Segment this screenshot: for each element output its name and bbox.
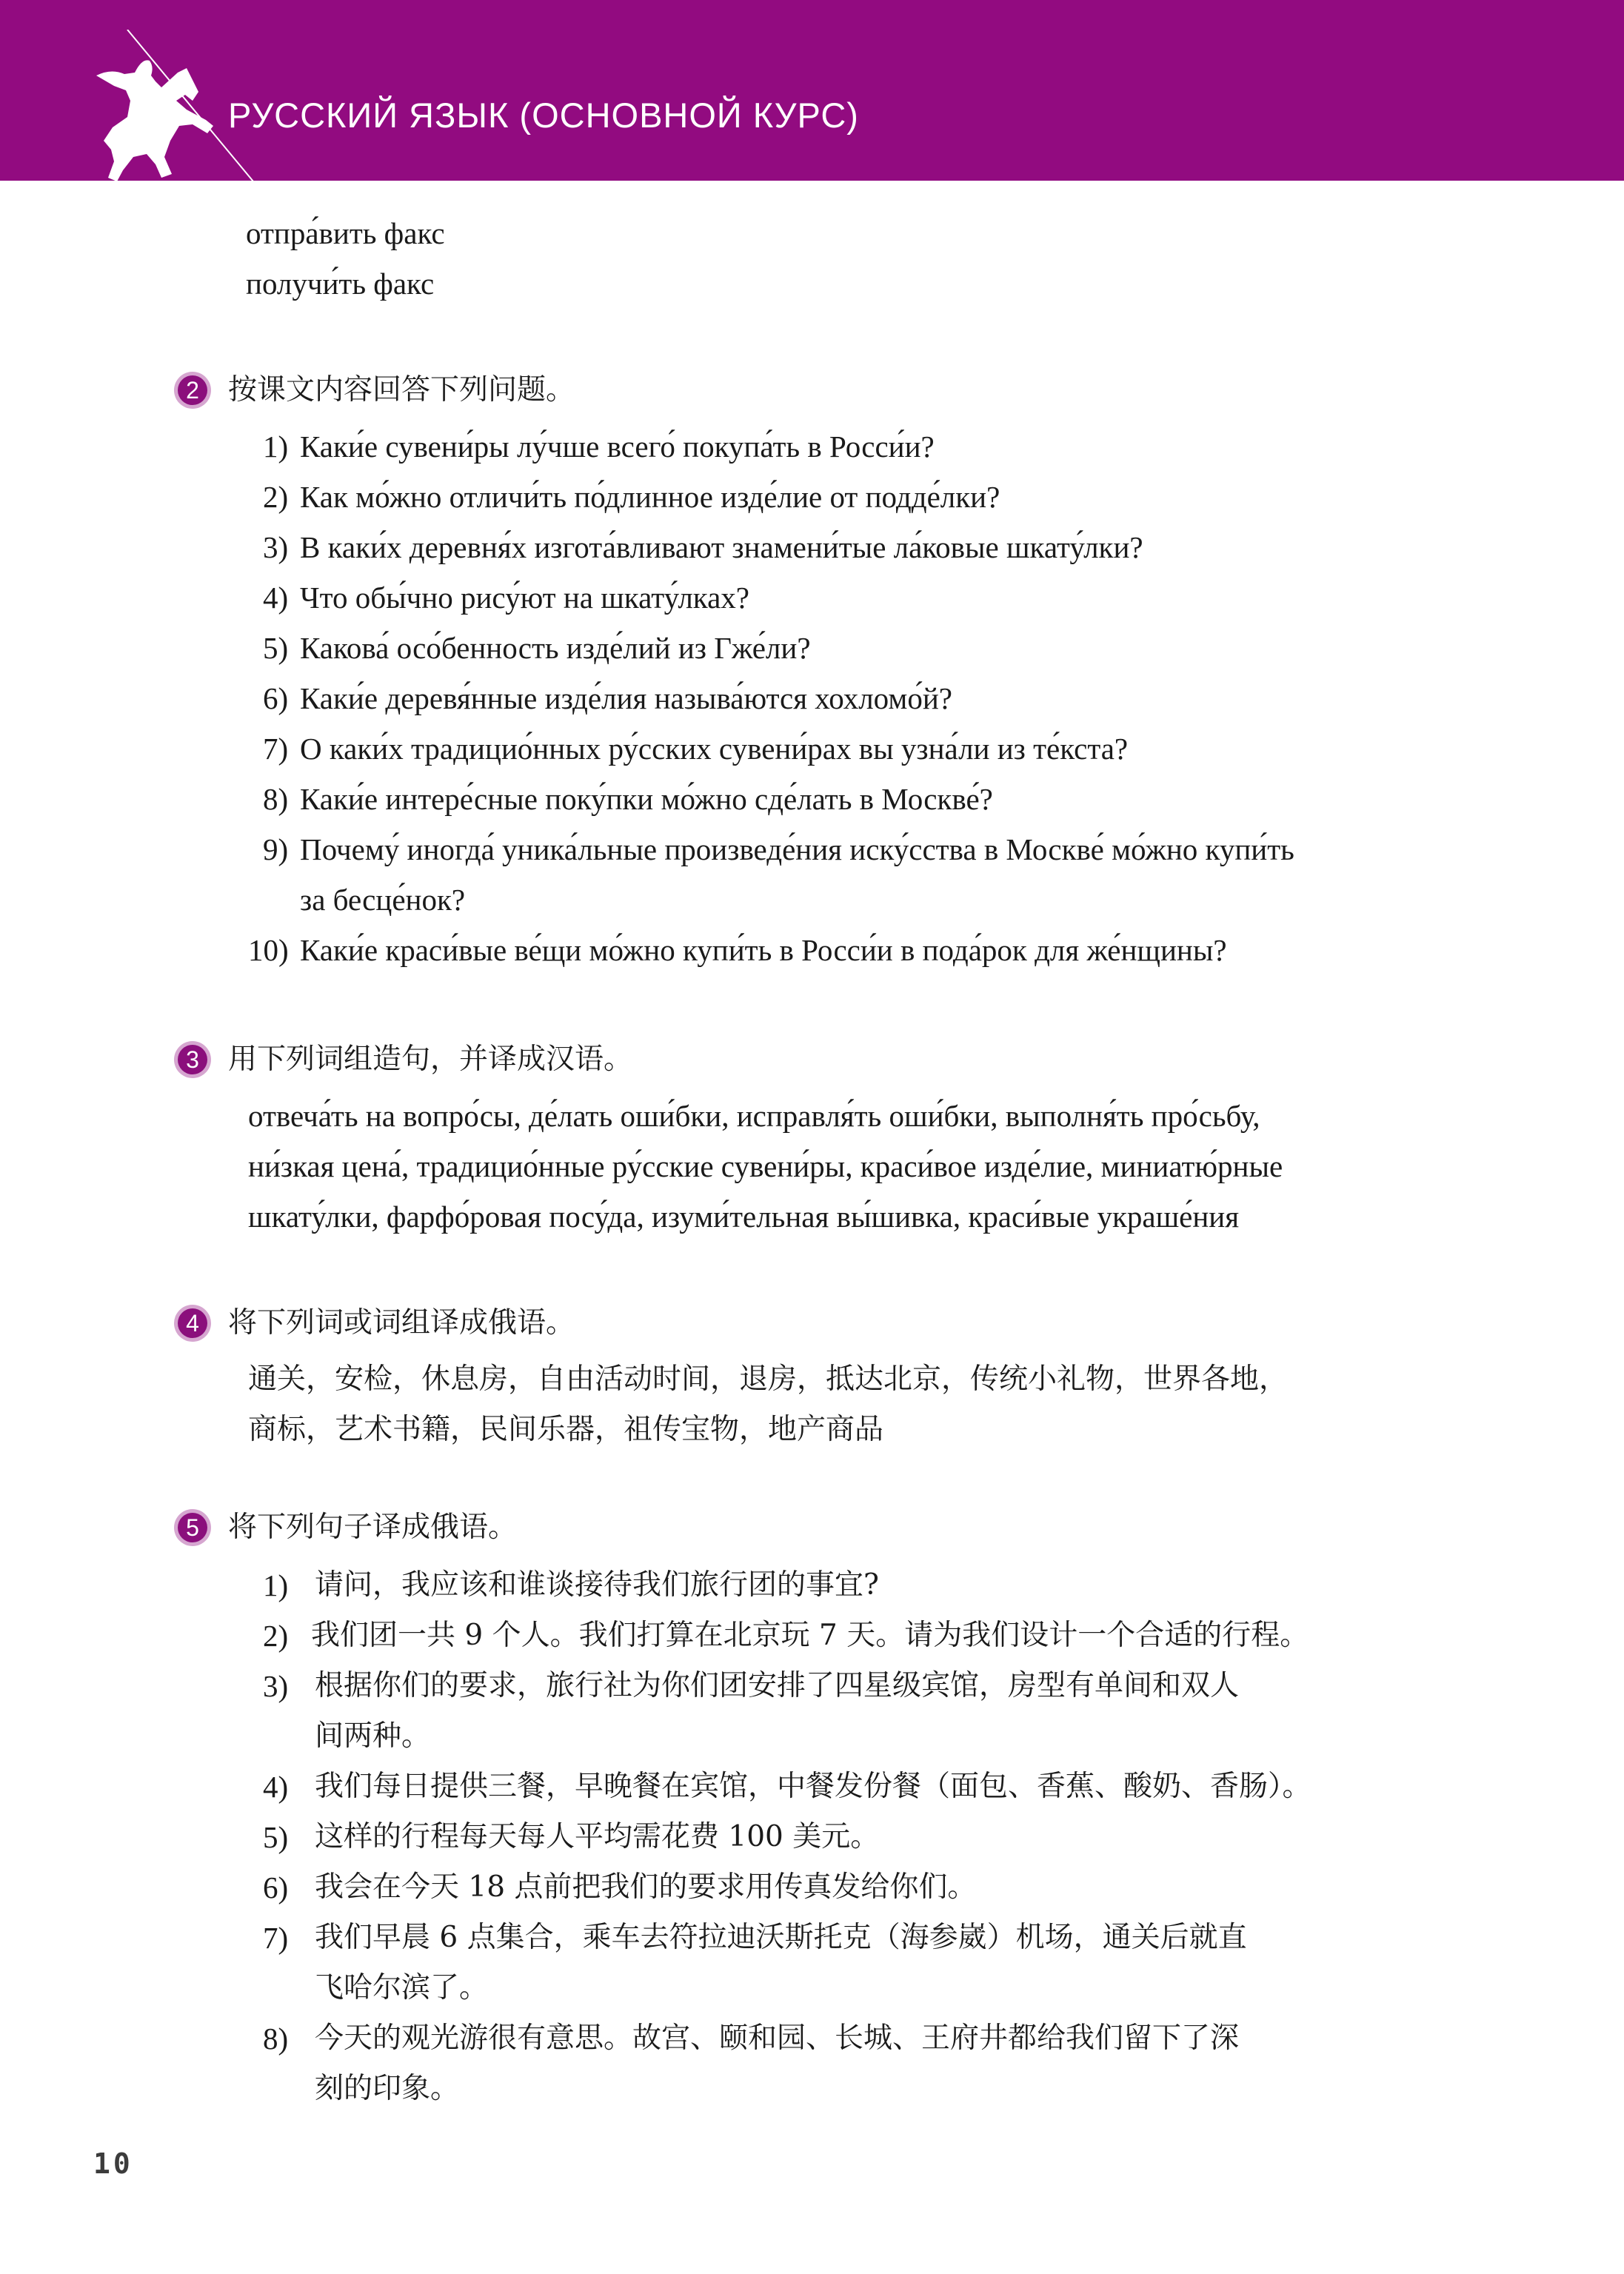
question-text: Каки́е краси́вые ве́щи мо́жно купи́ть в … <box>300 932 1227 969</box>
sentence-number: 3) <box>263 1668 288 1705</box>
exercise-number-badge: 2 <box>174 372 211 409</box>
sentence-text: 我们早晨 6 点集合，乘车去符拉迪沃斯托克（海参崴）机场，通关后就直 <box>315 1919 1247 1956</box>
sentence-text-continuation: 刻的印象。 <box>315 2070 459 2107</box>
question-number: 3) <box>263 529 288 566</box>
question-text: Что обы́чно рису́ют на шкату́лках? <box>300 579 749 616</box>
question-number: 1) <box>263 428 288 465</box>
sentence-number: 7) <box>263 1919 288 1956</box>
question-number: 2) <box>263 478 288 515</box>
question-number: 8) <box>263 780 288 817</box>
sentence-number: 1) <box>263 1567 288 1604</box>
exercise-number-badge: 4 <box>174 1305 211 1342</box>
question-text-continuation: за бесце́нок? <box>300 881 465 918</box>
word-list-line: 商标，艺术书籍，民间乐器，祖传宝物，地产商品 <box>248 1411 883 1448</box>
sentence-number: 6) <box>263 1869 288 1906</box>
question-text: О каки́х традицио́нных ру́сских сувени́р… <box>300 730 1128 767</box>
sentence-text: 这样的行程每天每人平均需花费 100 美元。 <box>315 1819 879 1856</box>
question-number: 5) <box>263 629 288 666</box>
exercise-instruction: 用下列词组造句，并译成汉语。 <box>228 1041 632 1078</box>
word-group-line: шкату́лки, фарфо́ровая посу́да, изуми́те… <box>248 1198 1239 1235</box>
book-title: РУССКИЙ ЯЗЫК (ОСНОВНОЙ КУРС) <box>228 95 859 136</box>
word-list-line: 通关，安检，休息房，自由活动时间，退房，抵达北京，传统小礼物，世界各地， <box>248 1361 1288 1398</box>
exercise-number-badge: 3 <box>174 1041 211 1078</box>
sentence-number: 2) <box>263 1617 288 1654</box>
sentence-text: 我会在今天 18 点前把我们的要求用传真发给你们。 <box>315 1869 976 1906</box>
word-group-line: ни́зкая цена́, традицио́нные ру́сские су… <box>248 1148 1283 1185</box>
question-text: Каки́е сувени́ры лу́чше всего́ покупа́ть… <box>300 428 935 465</box>
question-text: Каки́е интере́сные поку́пки мо́жно сде́л… <box>300 780 993 817</box>
phrase: отпра́вить факс <box>246 215 445 252</box>
exercise-instruction: 将下列句子译成俄语。 <box>228 1509 517 1546</box>
question-number: 6) <box>263 680 288 717</box>
exercise-instruction: 按课文内容回答下列问题。 <box>228 372 575 409</box>
sentence-text: 今天的观光游很有意思。故宫、颐和园、长城、王府井都给我们留下了深 <box>315 2020 1239 2057</box>
sentence-number: 8) <box>263 2020 288 2057</box>
question-text: Какова́ осо́бенность изде́лий из Гже́ли? <box>300 629 811 666</box>
question-text: Как мо́жно отличи́ть по́длинное изде́лие… <box>300 478 1000 515</box>
question-number: 7) <box>263 730 288 767</box>
sentence-number: 4) <box>263 1768 288 1805</box>
sentence-text: 根据你们的要求，旅行社为你们团安排了四星级宾馆，房型有单间和双人 <box>315 1668 1239 1705</box>
question-number: 10) <box>248 932 289 969</box>
question-number: 4) <box>263 579 288 616</box>
exercise-number-badge: 5 <box>174 1509 211 1546</box>
header-banner: РУССКИЙ ЯЗЫК (ОСНОВНОЙ КУРС) <box>0 0 1624 181</box>
sentence-number: 5) <box>263 1819 288 1856</box>
sentence-text: 请问，我应该和谁谈接待我们旅行团的事宜? <box>315 1567 879 1604</box>
sentence-text: 我们团一共 9 个人。我们打算在北京玩 7 天。请为我们设计一个合适的行程。 <box>311 1617 1309 1654</box>
sentence-text: 我们每日提供三餐，早晚餐在宾馆，中餐发份餐（面包、香蕉、酸奶、香肠）。 <box>315 1768 1311 1805</box>
question-number: 9) <box>263 831 288 868</box>
exercise-instruction: 将下列词或词组译成俄语。 <box>228 1305 575 1342</box>
sentence-text-continuation: 间两种。 <box>315 1718 430 1755</box>
word-group-line: отвеча́ть на вопро́сы, де́лать оши́бки, … <box>248 1097 1260 1134</box>
question-text: В каки́х деревня́х изгота́вливают знамен… <box>300 529 1143 566</box>
sentence-text-continuation: 飞哈尔滨了。 <box>315 1970 488 2007</box>
question-text: Каки́е деревя́нные изде́лия называ́ются … <box>300 680 952 717</box>
question-text: Почему́ иногда́ уника́льные произведе́ни… <box>300 831 1294 868</box>
page-number: 10 <box>93 2147 133 2180</box>
phrase: получи́ть факс <box>246 265 434 302</box>
